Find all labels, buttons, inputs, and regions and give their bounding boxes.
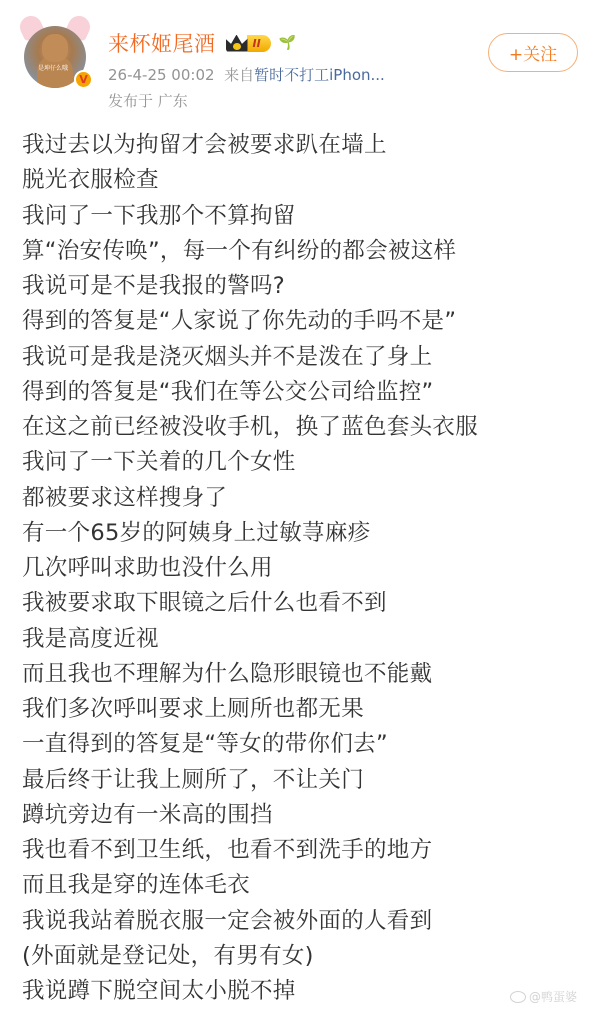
post-timestamp: 26-4-25 00:02 — [108, 66, 215, 84]
crown-icon[interactable] — [226, 35, 248, 52]
post-source-link[interactable]: 暂时不打工iPhon... — [254, 66, 385, 84]
post-line: 有一个65岁的阿姨身上过敏荨麻疹 — [22, 516, 592, 551]
avatar[interactable]: 是坤仔么哦 V — [20, 14, 98, 92]
verified-icon: V — [74, 70, 93, 89]
author-row: 来杯姬尾酒 II 🌱 — [108, 28, 296, 58]
post-line: 我说我站着脱衣服一定会被外面的人看到 — [22, 904, 592, 939]
watermark: @鸭蛋婆 — [510, 988, 577, 1005]
level-badge[interactable]: II — [247, 35, 271, 52]
post-line: 我也看不到卫生纸，也看不到洗手的地方 — [22, 833, 592, 868]
post-header: 是坤仔么哦 V 来杯姬尾酒 II 🌱 26-4-25 00:02 来自暂时不打工… — [0, 0, 600, 120]
post-line: 脱光衣服检查 — [22, 163, 592, 198]
post-body: 我过去以为拘留才会被要求趴在墙上 脱光衣服检查 我问了一下我那个不算拘留 算“治… — [22, 128, 592, 1009]
watermark-text: @鸭蛋婆 — [529, 988, 577, 1005]
post-line: 我说可是我是浇灭烟头并不是泼在了身上 — [22, 340, 592, 375]
post-line: 最后终于让我上厕所了，不让关门 — [22, 763, 592, 798]
post-line: 我说可是不是我报的警吗? — [22, 269, 592, 304]
post-line: 我过去以为拘留才会被要求趴在墙上 — [22, 128, 592, 163]
weibo-logo-icon — [510, 991, 526, 1003]
post-line: 几次呼叫求助也没什么用 — [22, 551, 592, 586]
avatar-label: 是坤仔么哦 — [38, 63, 68, 72]
post-line: (外面就是登记处，有男有女) — [22, 939, 592, 974]
post-line: 在这之前已经被没收手机，换了蓝色套头衣服 — [22, 410, 592, 445]
follow-button[interactable]: +关注 — [488, 33, 578, 72]
post-line: 算“治安传唤”，每一个有纠纷的都会被这样 — [22, 234, 592, 269]
post-line: 得到的答复是“人家说了你先动的手吗不是” — [22, 304, 592, 339]
cat-face — [42, 34, 68, 62]
post-line: 我是高度近视 — [22, 622, 592, 657]
post-line: 我被要求取下眼镜之后什么也看不到 — [22, 586, 592, 621]
post-line: 都被要求这样搜身了 — [22, 481, 592, 516]
post-line: 而且我也不理解为什么隐形眼镜也不能戴 — [22, 657, 592, 692]
post-line: 我们多次呼叫要求上厕所也都无果 — [22, 692, 592, 727]
post-line: 我说蹲下脱空间太小脱不掉 — [22, 974, 592, 1009]
post-location: 发布于 广东 — [108, 90, 188, 111]
post-line: 而且我是穿的连体毛衣 — [22, 868, 592, 903]
post-line: 蹲坑旁边有一米高的围挡 — [22, 798, 592, 833]
post-line: 一直得到的答复是“等女的带你们去” — [22, 727, 592, 762]
post-line: 我问了一下关着的几个女性 — [22, 445, 592, 480]
post-line: 我问了一下我那个不算拘留 — [22, 199, 592, 234]
author-name[interactable]: 来杯姬尾酒 — [108, 28, 216, 58]
post-line: 得到的答复是“我们在等公交公司给监控” — [22, 375, 592, 410]
source-prefix: 来自 — [224, 66, 254, 84]
sprout-icon[interactable]: 🌱 — [279, 35, 296, 51]
post-meta: 26-4-25 00:02 来自暂时不打工iPhon... — [108, 64, 385, 85]
